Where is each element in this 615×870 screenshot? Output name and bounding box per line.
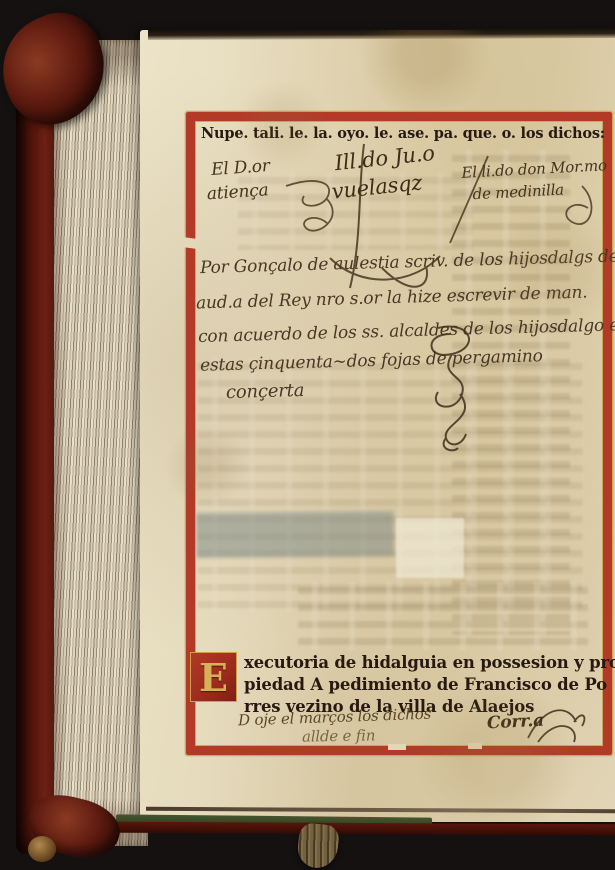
- bottom-annotation: allde e fin: [302, 726, 376, 745]
- signature-line: El D.or: [211, 156, 271, 180]
- page-top-edge: [148, 28, 615, 40]
- manuscript-photo: Nupe. tali. le. la. oyo. le. ase. pa. qu…: [0, 0, 615, 870]
- binding-edge-maroon: [116, 822, 615, 836]
- illuminated-initial: E: [190, 652, 237, 702]
- signature-left: El D.or atiença: [211, 156, 273, 204]
- clasp-metal-tip: [28, 836, 56, 862]
- frame-notch: [468, 743, 482, 749]
- frame-notch: [388, 744, 406, 750]
- pen-flourish-icon: [520, 696, 590, 751]
- page-edges-stack: [54, 40, 148, 846]
- frame-notch: [182, 237, 197, 249]
- title-line: piedad A pedimiento de Francisco de Po: [244, 675, 607, 694]
- scribal-note-line: conçerta: [226, 380, 305, 403]
- pen-flourish-icon: [380, 322, 510, 457]
- title-line: xecutoria de hidalguia en possesion y pr…: [244, 653, 615, 672]
- binding-tassel: [296, 822, 340, 870]
